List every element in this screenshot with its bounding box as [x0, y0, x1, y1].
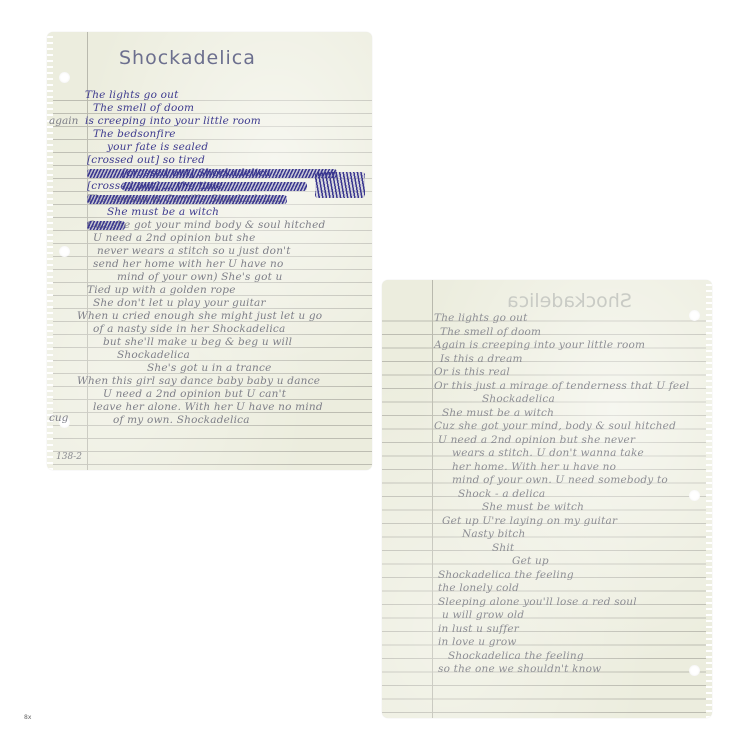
binder-hole-bottom: [689, 665, 700, 676]
lyric-line: her home. With her u have no: [452, 461, 616, 473]
lyric-line: She must be a witch: [442, 407, 554, 419]
lyric-line: The smell of doom: [93, 102, 194, 114]
lyric-line: Or this just a mirage of tenderness that…: [434, 380, 689, 392]
lyric-line: She must be witch: [482, 501, 584, 513]
lyrics-title: Shockadelica: [119, 47, 256, 69]
lyric-line: but she'll make u beg & beg u will: [103, 336, 292, 348]
lyric-line: your fate is sealed: [107, 141, 208, 153]
left-notebook-page: Shockadelica again cug The lights go out…: [47, 32, 372, 470]
crossed-out-scribble: [315, 172, 365, 198]
lyric-line: She don't let u play your guitar: [93, 297, 266, 309]
lyric-line: [crossed out] so tired: [87, 154, 205, 166]
lyric-line: Shit: [492, 542, 514, 554]
lyric-line: send her home with her U have no: [93, 258, 284, 270]
lyric-line: never wears a stitch so u just don't: [97, 245, 291, 257]
lyric-line: Cuz she got your mind, body & soul hitch…: [434, 420, 676, 432]
lyric-line: She's got u in a trance: [147, 362, 272, 374]
lyric-line: of a nasty side in her Shockadelica: [93, 323, 285, 335]
lyric-line: The lights go out: [85, 89, 179, 101]
lyric-line: leave her alone. With her U have no mind: [93, 401, 323, 413]
crossed-out-scribble: [87, 169, 337, 178]
lyric-line: wears a stitch. U don't wanna take: [452, 447, 644, 459]
lyric-line: Get up: [512, 555, 549, 567]
lyric-line: the lonely cold: [438, 582, 519, 594]
lyric-line: mind of your own. U need somebody to: [452, 474, 668, 486]
binder-hole-middle: [59, 246, 70, 257]
lyric-line: U need a 2nd opinion but she: [93, 232, 256, 244]
lyric-line: Get up U're laying on my guitar: [442, 515, 617, 527]
binder-hole-middle: [689, 490, 700, 501]
lyric-line: The smell of doom: [440, 326, 541, 338]
page-number: 138-2: [56, 452, 82, 462]
lyric-line: When this girl say dance baby baby u dan…: [77, 375, 320, 387]
lyric-line: Tied up with a golden rope: [87, 284, 236, 296]
lyric-line: Shockadelica the feeling: [438, 569, 574, 581]
lyric-line: Shockadelica: [117, 349, 190, 361]
lyric-line: She must be a witch: [107, 206, 219, 218]
lyric-line: Or is this real: [434, 366, 510, 378]
margin-note: again: [49, 115, 78, 127]
right-notebook-page: Shockadelica The lights go outThe smell …: [382, 280, 712, 718]
lyric-line: U need a 2nd opinion but she never: [438, 434, 635, 446]
lyric-line: in love u grow: [438, 636, 517, 648]
binder-hole-top: [59, 72, 70, 83]
lyric-line: Shock - a delica: [458, 488, 545, 500]
lyric-line: is creeping into your little room: [85, 115, 261, 127]
perforated-edge: [706, 280, 712, 718]
lyric-line: Shockadelica the feeling: [448, 650, 584, 662]
footer-label: 8x: [24, 714, 31, 721]
lyric-line: Shockadelica: [482, 393, 555, 405]
lyric-line: Sleeping alone you'll lose a red soul: [438, 596, 637, 608]
margin-note: cug: [49, 412, 68, 424]
crossed-out-scribble: [122, 182, 307, 191]
lyric-line: of my own. Shockadelica: [113, 414, 250, 426]
lyric-line: mind of your own) She's got u: [117, 271, 283, 283]
lyric-line: The lights go out: [434, 312, 528, 324]
lyric-line: u will grow old: [442, 609, 524, 621]
margin-line: [432, 280, 433, 718]
lyric-line: Again is creeping into your little room: [434, 339, 645, 351]
binder-hole-top: [689, 310, 700, 321]
perforated-edge: [47, 32, 53, 470]
crossed-out-scribble: [87, 195, 287, 204]
bleed-through-title: Shockadelica: [507, 290, 632, 312]
lyric-line: Nasty bitch: [462, 528, 525, 540]
crossed-out-scribble: [87, 221, 125, 230]
lyric-line: in lust u suffer: [438, 623, 519, 635]
lyric-line: so the one we shouldn't know: [438, 663, 601, 675]
lyric-line: U need a 2nd opinion but U can't: [103, 388, 286, 400]
lyric-line: When u cried enough she might just let u…: [77, 310, 322, 322]
lyric-line: The bedsonfire: [93, 128, 176, 140]
lyric-line: Is this a dream: [440, 353, 523, 365]
